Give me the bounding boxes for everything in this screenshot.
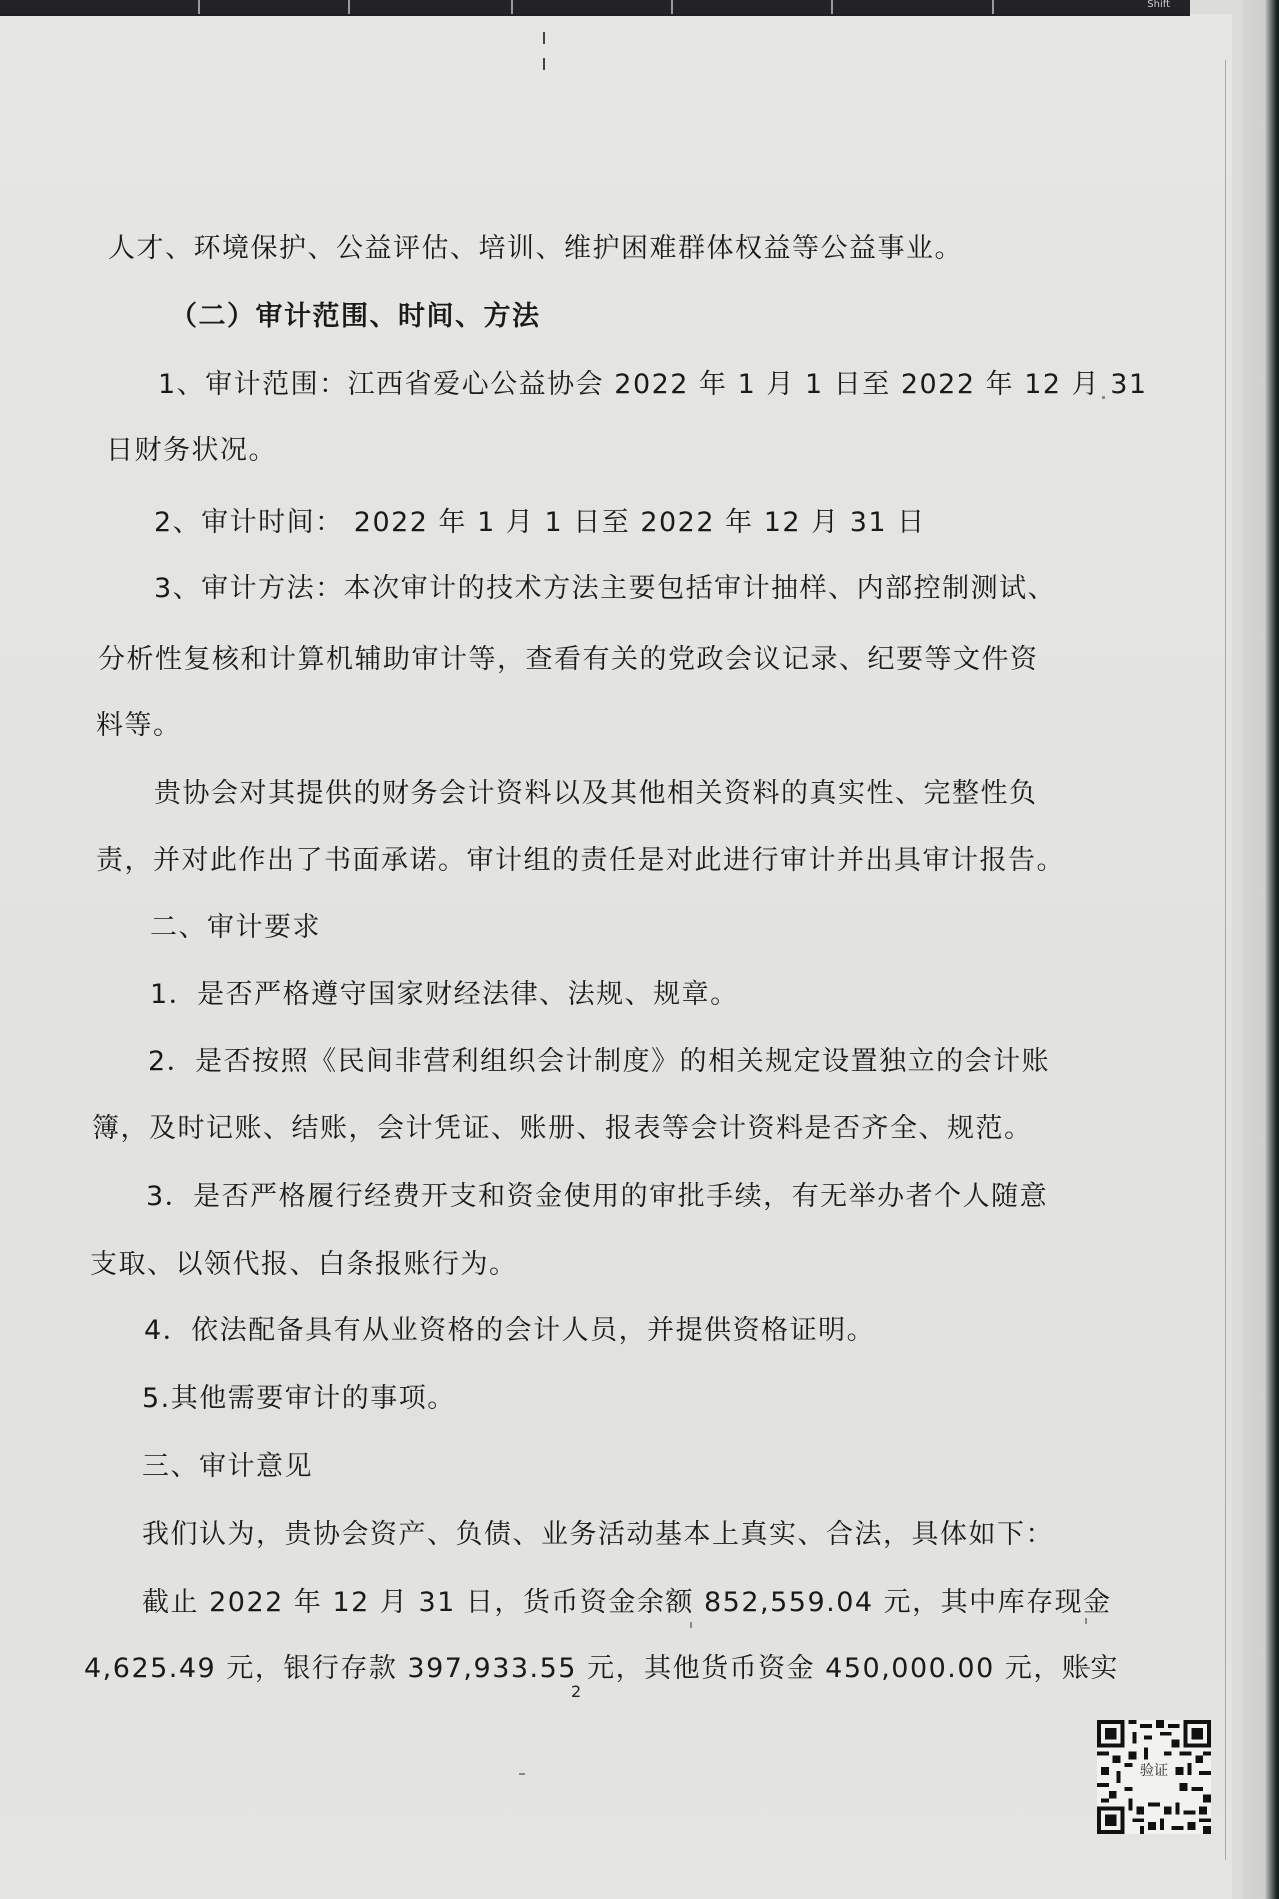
paragraph-line: 簿，及时记账、结账，会计凭证、账册、报表等会计资料是否齐全、规范。: [92, 1106, 1033, 1145]
paragraph-line: 3、审计方法：本次审计的技术方法主要包括审计抽样、内部控制测试、: [154, 566, 1056, 605]
scan-speck: [690, 1622, 692, 1628]
list-item: 1．是否严格遵守国家财经法律、法规、规章。: [150, 972, 739, 1011]
paragraph-line: 人才、环境保护、公益评估、培训、维护困难群体权益等公益事业。: [108, 226, 963, 265]
qr-center-label: 验证: [1140, 1763, 1168, 1779]
paragraph-line: 我们认为，贵协会资产、负债、业务活动基本上真实、合法，具体如下：: [142, 1512, 1054, 1551]
section-heading: 二、审计要求: [150, 905, 321, 944]
paragraph-line: 4,625.49 元，银行存款 397,933.55 元，其他货币资金 450,…: [84, 1646, 1119, 1685]
page-number: 2: [571, 1682, 581, 1701]
qr-code-icon: 验证: [1097, 1720, 1211, 1834]
paragraph-line: 截止 2022 年 12 月 31 日，货币资金余额 852,559.04 元，…: [142, 1580, 1112, 1619]
binding-marks: [543, 32, 545, 82]
list-item: 4．依法配备具有从业资格的会计人员，并提供资格证明。: [144, 1308, 875, 1347]
scan-speck: [1085, 1618, 1087, 1624]
paragraph-line: 1、审计范围：江西省爱心公益协会 2022 年 1 月 1 日至 2022 年 …: [158, 362, 1148, 401]
list-item: 5.其他需要审计的事项。: [142, 1376, 456, 1415]
section-heading: 三、审计意见: [142, 1444, 313, 1483]
list-item: 3．是否严格履行经费开支和资金使用的审批手续，有无举办者个人随意: [146, 1174, 1048, 1213]
laptop-keyboard-edge: Shift: [0, 0, 1190, 16]
keyboard-key: [833, 0, 993, 14]
scan-speck: [1102, 396, 1105, 399]
paragraph-line: 责，并对此作出了书面承诺。审计组的责任是对此进行审计并出具审计报告。: [96, 838, 1065, 877]
keyboard-key: [0, 0, 200, 14]
binding-mark: [543, 58, 545, 70]
scan-speck: [1080, 1667, 1090, 1669]
list-item: 2．是否按照《民间非营利组织会计制度》的相关规定设置独立的会计账: [148, 1039, 1050, 1078]
paragraph-line: 料等。: [96, 703, 182, 742]
paragraph-line: 贵协会对其提供的财务会计资料以及其他相关资料的真实性、完整性负: [154, 771, 1038, 810]
binding-mark: [543, 32, 545, 44]
paragraph-line: 分析性复核和计算机辅助审计等，查看有关的党政会议记录、纪要等文件资: [98, 637, 1039, 676]
keyboard-key: [513, 0, 673, 14]
keyboard-key: [673, 0, 833, 14]
table-edge: [1243, 0, 1279, 1899]
keyboard-key: [200, 0, 350, 14]
page-fold-line: [1225, 60, 1226, 1860]
paragraph-line: 日财务状况。: [106, 428, 277, 467]
keyboard-key: [350, 0, 512, 14]
shift-key: Shift: [994, 0, 1190, 14]
paragraph-line: 支取、以领代报、白条报账行为。: [90, 1242, 518, 1281]
section-heading: （二）审计范围、时间、方法: [170, 294, 541, 333]
scan-speck: [519, 1773, 525, 1775]
paragraph-line: 2、审计时间： 2022 年 1 月 1 日至 2022 年 12 月 31 日: [154, 500, 926, 539]
qr-code[interactable]: 验证: [1097, 1720, 1211, 1834]
